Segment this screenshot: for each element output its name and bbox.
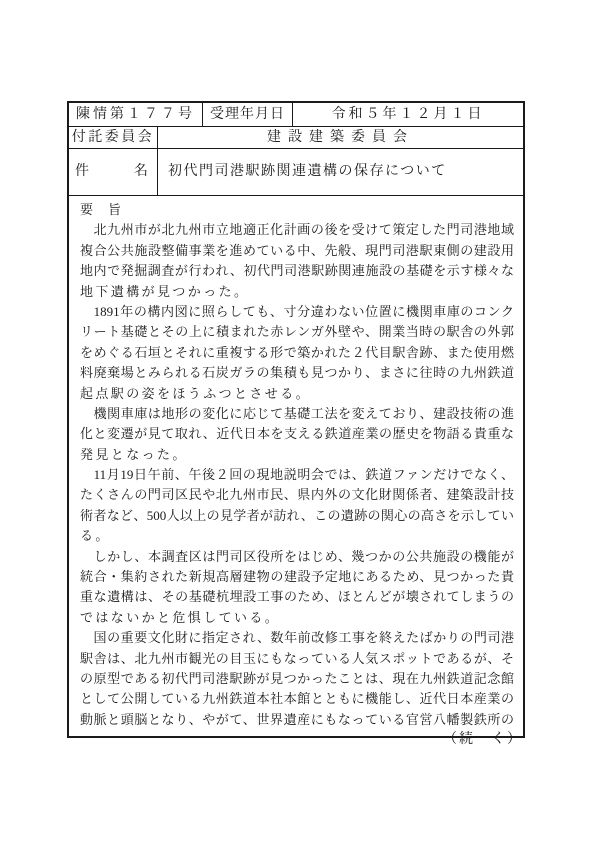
body-line: 国の重要文化財に指定され、数年前改修工事を終えたばかりの門司港 — [80, 628, 514, 648]
row-referred-committee: 付託委員会 建設建築委員会 — [69, 126, 523, 148]
paragraph: 11月19日午前、午後２回の現地説明会では、鉄道ファンだけでなく、たくさんの門司… — [80, 465, 514, 547]
continued-note: （続 く） — [443, 733, 523, 747]
summary-heading: 要 旨 — [80, 200, 514, 220]
subject-label-char2: 名 — [134, 165, 148, 179]
body-line: リート基礎とその上に積まれた赤レンガ外壁や、開業当時の駅舎の外郭 — [80, 322, 514, 342]
body-line: たくさんの門司区民や北九州市民、県内外の文化財関係者、建築設計技 — [80, 485, 514, 505]
paragraph: 機関車庫は地形の変化に応じて基礎工法を変えており、建設技術の進化と変遷が見て取れ… — [80, 404, 514, 465]
referred-committee-value: 建設建築委員会 — [157, 127, 523, 148]
body-line: しかし、本調査区は門司区役所をはじめ、幾つかの公共施設の機能が — [80, 547, 514, 567]
paragraph: 北九州市が北九州市立地適正化計画の後を受けて策定した門司港地域複合公共施設整備事… — [80, 220, 514, 302]
body-line: る。 — [80, 526, 514, 546]
petition-number: 陳情第１７７号 — [69, 103, 202, 126]
subject-label-char1: 件 — [75, 165, 89, 179]
body-line: 複合公共施設整備事業を進めている中、先般、現門司港駅東側の建設用 — [80, 241, 514, 261]
body-line: 機関車庫は地形の変化に応じて基礎工法を変えており、建設技術の進 — [80, 404, 514, 424]
document-page: 陳情第１７７号 受理年月日 令和５年１２月１日 付託委員会 建設建築委員会 件 … — [0, 0, 595, 842]
body-paragraphs: 北九州市が北九州市立地適正化計画の後を受けて策定した門司港地域複合公共施設整備事… — [80, 220, 514, 730]
body-line: 起点駅の姿をほうふつとさせる。 — [80, 384, 514, 404]
body-line: 動脈と頭脳となり、やがて、世界遺産にもなっている官営八幡製鉄所の — [80, 710, 514, 730]
body-line: 化と変遷が見て取れ、近代日本を支える鉄道産業の歴史を物語る貴重な — [80, 424, 514, 444]
body-line: 地下遺構が見つかった。 — [80, 282, 514, 302]
body-line: の原型である初代門司港駅跡が見つかったことは、現在九州鉄道記念館 — [80, 669, 514, 689]
referred-committee-label: 付託委員会 — [69, 127, 157, 148]
petition-table: 陳情第１７７号 受理年月日 令和５年１２月１日 付託委員会 建設建築委員会 件 … — [67, 101, 525, 738]
row-subject: 件 名 初代門司港駅跡関連遺構の保存について — [69, 148, 523, 195]
paragraph: 国の重要文化財に指定され、数年前改修工事を終えたばかりの門司港駅舎は、北九州市観… — [80, 628, 514, 730]
paragraph: 1891年の構内図に照らしても、寸分違わない位置に機関車庫のコンクリート基礎とそ… — [80, 302, 514, 404]
body-line: をめぐる石垣とそれに重複する形で築かれた２代目駅舎跡、また使用燃 — [80, 343, 514, 363]
body-line: 駅舎は、北九州市観光の目玉にもなっている人気スポットであるが、そ — [80, 649, 514, 669]
paragraph: しかし、本調査区は門司区役所をはじめ、幾つかの公共施設の機能が統合・集約された新… — [80, 547, 514, 629]
body-line: ではないかと危惧している。 — [80, 608, 514, 628]
body-line: として公開している九州鉄道本社本館とともに機能し、近代日本産業の — [80, 689, 514, 709]
row-petition-header: 陳情第１７７号 受理年月日 令和５年１２月１日 — [69, 103, 523, 126]
body-line: 1891年の構内図に照らしても、寸分違わない位置に機関車庫のコンク — [80, 302, 514, 322]
body-line: 術者など、500人以上の見学者が訪れ、この遺跡の関心の高さを示してい — [80, 506, 514, 526]
receipt-date-value: 令和５年１２月１日 — [292, 103, 523, 126]
body-line: 発見となった。 — [80, 445, 514, 465]
body-line: 料廃棄場とみられる石炭ガラの集積も見つかり、まさに往時の九州鉄道 — [80, 363, 514, 383]
body-line: 統合・集約された新規高層建物の建設予定地にあるため、見つかった貴 — [80, 567, 514, 587]
body-line: 北九州市が北九州市立地適正化計画の後を受けて策定した門司港地域 — [80, 220, 514, 240]
subject-label: 件 名 — [69, 149, 157, 195]
body-cell: 要 旨 北九州市が北九州市立地適正化計画の後を受けて策定した門司港地域複合公共施… — [69, 195, 523, 736]
receipt-date-label: 受理年月日 — [202, 103, 292, 126]
body-line: 11月19日午前、午後２回の現地説明会では、鉄道ファンだけでなく、 — [80, 465, 514, 485]
body-line: 地内で発掘調査が行われ、初代門司港駅跡関連施設の基礎を示す様々な — [80, 261, 514, 281]
subject-title: 初代門司港駅跡関連遺構の保存について — [157, 149, 523, 195]
body-line: 重な遺構は、その基礎杭埋設工事のため、ほとんどが壊されてしまうの — [80, 587, 514, 607]
